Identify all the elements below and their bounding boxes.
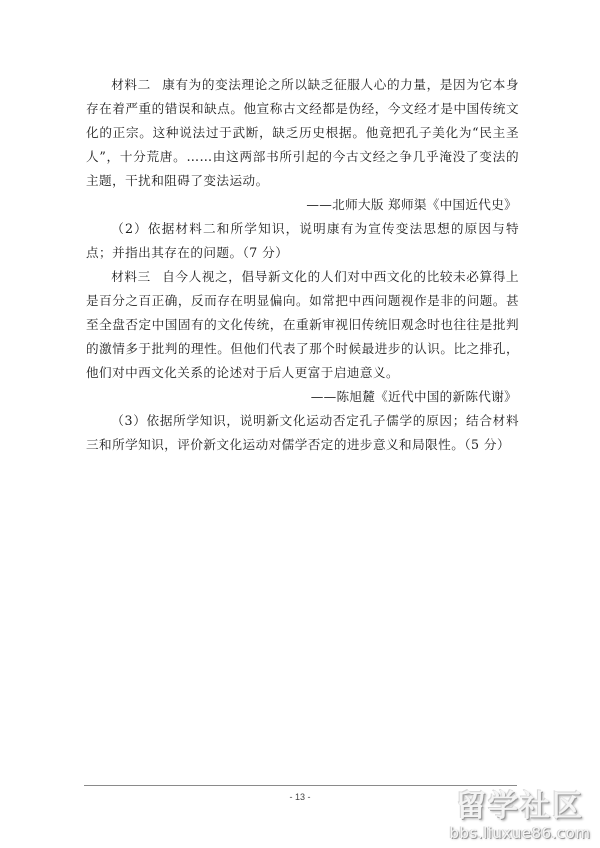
material-3-source: ——陈旭麓《近代中国的新陈代谢》 bbox=[86, 385, 519, 409]
watermark-logo: 留学社区 bbs.liuxue86.com bbox=[440, 790, 600, 848]
watermark-url: bbs.liuxue86.com bbox=[440, 824, 600, 842]
document-page: 材料二康有为的变法理论之所以缺乏征服人心的力量，是因为它本身存在着严重的错误和缺… bbox=[0, 0, 600, 848]
question-3: （3）依据所学知识，说明新文化运动否定孔子儒学的原因；结合材料三和所学知识，评价… bbox=[86, 409, 519, 457]
material-2-source: ——北师大版 郑师渠《中国近代史》 bbox=[86, 193, 519, 217]
material-3-text: 自今人视之，倡导新文化的人们对中西文化的比较未必算得上是百分之百正确，反而存在明… bbox=[86, 269, 519, 380]
watermark-name: 留学社区 bbox=[440, 790, 600, 824]
material-2-text: 康有为的变法理论之所以缺乏征服人心的力量，是因为它本身存在着严重的错误和缺点。他… bbox=[86, 77, 519, 188]
page-content: 材料二康有为的变法理论之所以缺乏征服人心的力量，是因为它本身存在着严重的错误和缺… bbox=[86, 73, 519, 457]
material-3-paragraph: 材料三自今人视之，倡导新文化的人们对中西文化的比较未必算得上是百分之百正确，反而… bbox=[86, 265, 519, 385]
material-3-label: 材料三 bbox=[111, 269, 151, 284]
footer-divider bbox=[84, 785, 517, 786]
material-2-label: 材料二 bbox=[111, 77, 151, 92]
question-2: （2）依据材料二和所学知识，说明康有为宣传变法思想的原因与特点；并指出其存在的问… bbox=[86, 217, 519, 265]
material-2-paragraph: 材料二康有为的变法理论之所以缺乏征服人心的力量，是因为它本身存在着严重的错误和缺… bbox=[86, 73, 519, 193]
